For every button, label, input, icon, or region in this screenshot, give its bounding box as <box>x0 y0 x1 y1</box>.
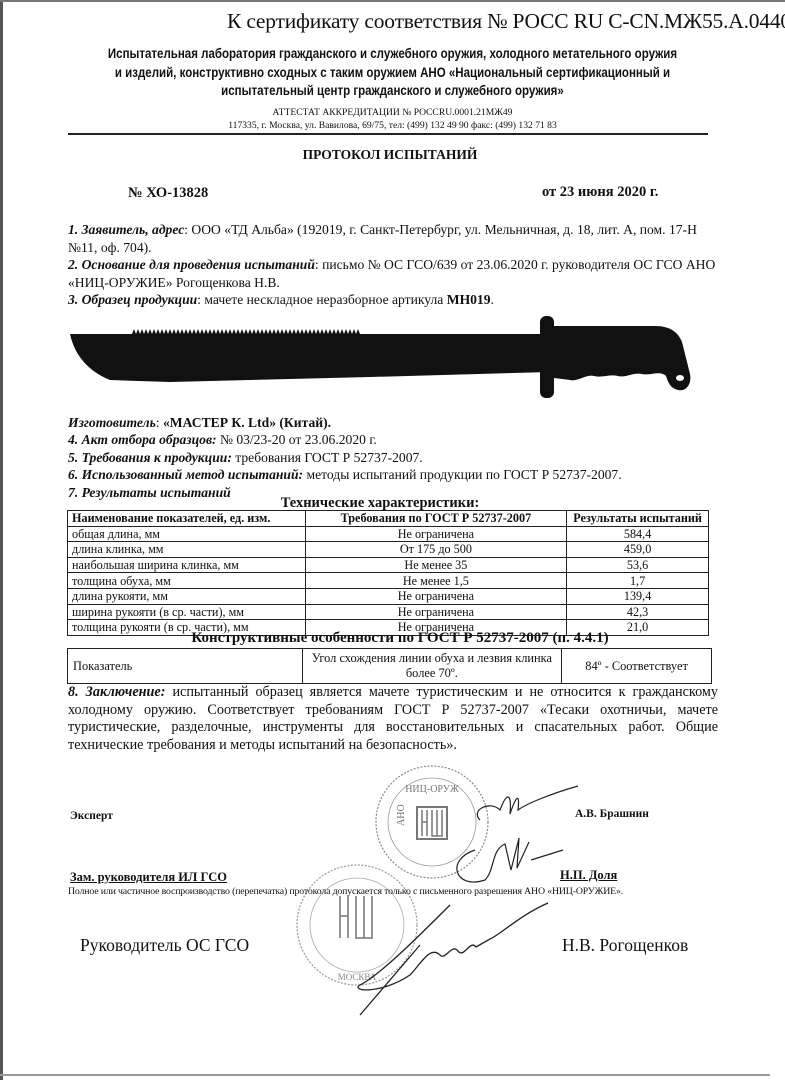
scan-edge <box>0 1074 770 1076</box>
table-row: наибольшая ширина клинка, ммНе менее 355… <box>68 557 709 573</box>
table-row: Показатель Угол схождения линии обуха и … <box>68 649 712 684</box>
deputy-signature <box>445 830 565 890</box>
expert-signature <box>470 780 580 830</box>
certificate-reference: К сертификату соответствия № РОСС RU C-C… <box>227 9 785 34</box>
scan-edge <box>0 0 785 2</box>
protocol-date: от 23 июня 2020 г. <box>542 184 658 201</box>
reprint-notice: Полное или частичное воспроизводство (пе… <box>68 886 623 897</box>
item-requirements: 5. Требования к продукции: требования ГО… <box>68 449 718 466</box>
lab-name: Испытательная лаборатория гражданского и… <box>107 45 679 101</box>
head-role: Руководитель ОС ГСО <box>80 935 249 956</box>
lab-address: 117335, г. Москва, ул. Вавилова, 69/75, … <box>60 119 725 132</box>
item-manufacturer: Изготовитель: «МАСТЕР К. Ltd» (Китай). <box>68 414 718 431</box>
protocol-document: К сертификату соответствия № РОСС RU C-C… <box>0 0 785 1080</box>
column-header: Наименование показателей, ед. изм. <box>68 511 306 527</box>
protocol-items-continued: Изготовитель: «МАСТЕР К. Ltd» (Китай). 4… <box>68 414 718 501</box>
column-header: Результаты испытаний <box>567 511 709 527</box>
item-test-method: 6. Использованный метод испытаний: метод… <box>68 466 718 483</box>
item-applicant: 1. Заявитель, адрес: ООО «ТД Альба» (192… <box>68 221 718 256</box>
scan-edge <box>0 0 3 1080</box>
table-row: общая длина, ммНе ограничена584,4 <box>68 526 709 542</box>
table-row: толщина обуха, ммНе менее 1,51,7 <box>68 573 709 589</box>
item-sample: 3. Образец продукции: мачете нескладное … <box>68 291 718 309</box>
svg-text:АНО: АНО <box>396 804 407 826</box>
item-sampling-act: 4. Акт отбора образцов: № 03/23-20 от 23… <box>68 431 718 448</box>
protocol-items: 1. Заявитель, адрес: ООО «ТД Альба» (192… <box>68 221 718 309</box>
item-basis: 2. Основание для проведения испытаний: п… <box>68 256 718 291</box>
deputy-role: Зам. руководителя ИЛ ГСО <box>70 870 227 885</box>
column-header: Требования по ГОСТ Р 52737-2007 <box>305 511 567 527</box>
table-header-row: Наименование показателей, ед. изм. Требо… <box>68 511 709 527</box>
conclusion: 8. Заключение: испытанный образец являет… <box>68 684 718 754</box>
table-row: длина клинка, ммОт 175 до 500459,0 <box>68 542 709 558</box>
expert-name: А.В. Брашнин <box>575 808 649 820</box>
table-row: длина рукояти, ммНе ограничена139,4 <box>68 588 709 604</box>
expert-role: Эксперт <box>70 810 113 822</box>
machete-image <box>70 312 710 406</box>
constructive-features-table: Показатель Угол схождения линии обуха и … <box>67 648 712 684</box>
tech-characteristics-table: Наименование показателей, ед. изм. Требо… <box>67 510 709 636</box>
protocol-title: ПРОТОКОЛ ИСПЫТАНИЙ <box>60 147 720 163</box>
accreditation-number: АТТЕСТАТ АККРЕДИТАЦИИ № POCCRU.0001.21МЖ… <box>60 106 725 119</box>
accreditation-block: АТТЕСТАТ АККРЕДИТАЦИИ № POCCRU.0001.21МЖ… <box>60 106 725 132</box>
deputy-name: Н.П. Доля <box>560 868 617 883</box>
head-name: Н.В. Рогощенков <box>562 935 688 956</box>
protocol-number: № ХО-13828 <box>128 185 208 202</box>
header-divider <box>68 133 708 135</box>
head-signature <box>340 895 590 1025</box>
constr-table-title: Конструктивные особенности по ГОСТ Р 527… <box>60 630 740 647</box>
svg-text:НИЦ-ОРУЖ: НИЦ-ОРУЖ <box>405 784 459 795</box>
table-row: ширина рукояти (в ср. части), ммНе огран… <box>68 604 709 620</box>
